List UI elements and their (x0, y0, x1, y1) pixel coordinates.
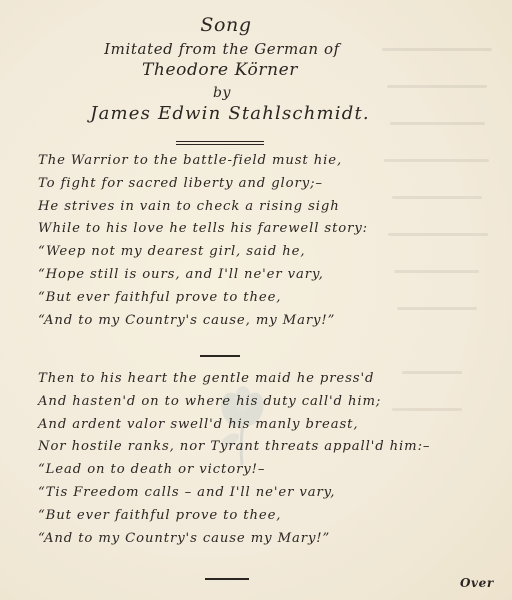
over-note: Over (460, 576, 494, 590)
stanza-2: Then to his heart the gentle maid he pre… (38, 368, 430, 550)
verse-line: “And to my Country's cause my Mary!” (38, 528, 430, 551)
verse-line: He strives in vain to check a rising sig… (38, 196, 368, 219)
verse-line: And hasten'd on to where his duty call'd… (38, 391, 430, 414)
stanza-1: The Warrior to the battle-field must hie… (38, 150, 368, 332)
verse-line: “But ever faithful prove to thee, (38, 505, 430, 528)
verse-line: And ardent valor swell'd his manly breas… (38, 414, 430, 437)
verse-line: While to his love he tells his farewell … (38, 218, 368, 241)
author-name: James Edwin Stahlschmidt. (0, 103, 486, 124)
verse-line: “And to my Country's cause, my Mary!” (38, 310, 368, 333)
verse-line: “But ever faithful prove to thee, (38, 287, 368, 310)
verse-line: “Lead on to death or victory!– (38, 459, 430, 482)
verse-line: “Tis Freedom calls – and I'll ne'er vary… (38, 482, 430, 505)
verse-line: Then to his heart the gentle maid he pre… (38, 368, 430, 391)
verse-line: The Warrior to the battle-field must hie… (38, 150, 368, 173)
song-title: Song (0, 14, 482, 36)
song-subtitle: Imitated from the German of (0, 40, 478, 58)
poet-name: Theodore Körner (0, 60, 476, 80)
by-label: by (0, 85, 478, 101)
title-divider (176, 141, 264, 145)
manuscript-page: Song Imitated from the German of Theodor… (0, 0, 512, 600)
verse-line: “Weep not my dearest girl, said he, (38, 241, 368, 264)
verse-line: Nor hostile ranks, nor Tyrant threats ap… (38, 436, 430, 459)
verse-line: “Hope still is ours, and I'll ne'er vary… (38, 264, 368, 287)
verse-line: To fight for sacred liberty and glory;– (38, 173, 368, 196)
stanza-divider (200, 355, 240, 357)
end-divider (205, 578, 249, 580)
